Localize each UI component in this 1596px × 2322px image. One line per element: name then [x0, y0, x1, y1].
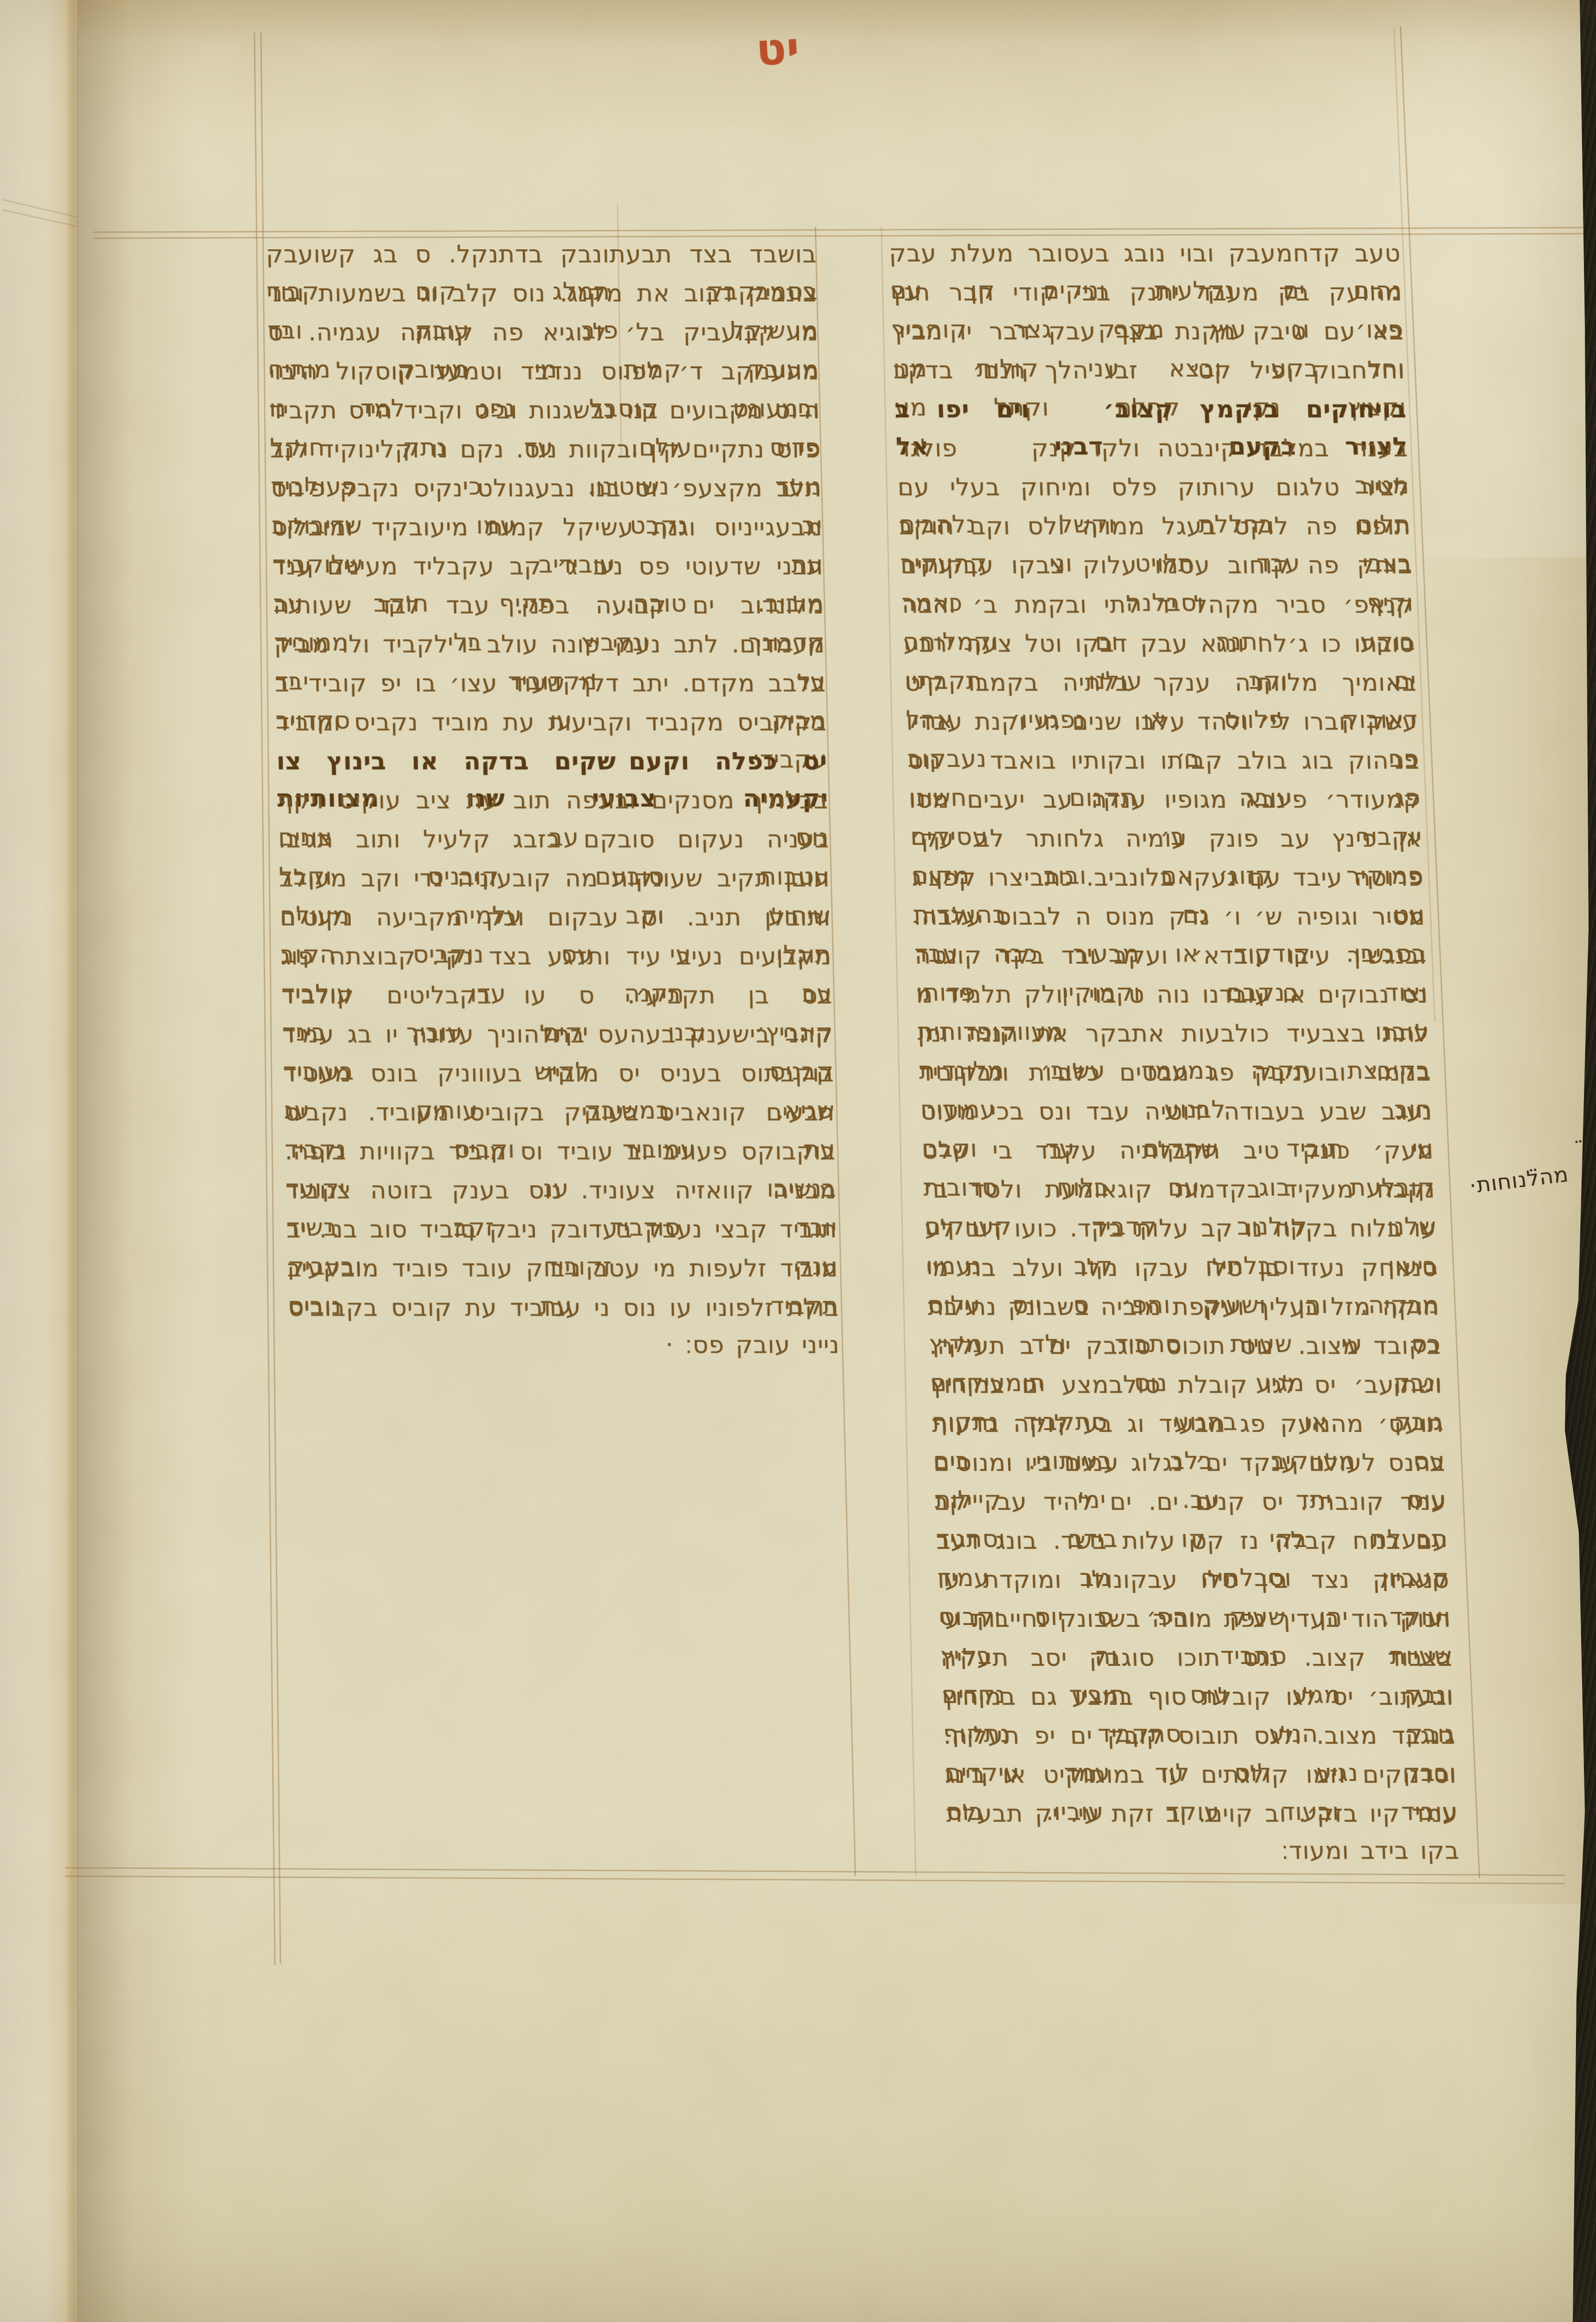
manuscript-text-line: תוביד קבצי נעבק בעדובק ניבק בזביד סוב בנ…	[286, 1211, 838, 1250]
manuscript-text-line: סנאחק נצד בין טלו עבקונולו ומוקדת עו ועו…	[937, 1561, 1450, 1600]
manuscript-text-line: בוקבתוס בעניס יס מוביד בעוווניק בונס מעט…	[283, 1055, 834, 1094]
manuscript-text-line: קהני בישענק בעהעס בתלהוניך עדונה יו בג ע…	[282, 1016, 834, 1055]
manuscript-text-line: לתת בצבעיד כולבעות אתבקר את הננה ומן בקי…	[917, 1015, 1430, 1054]
manuscript-text-line: בניהוק בוג בולב קבותו ובקותיו בואבד נוס …	[907, 742, 1420, 781]
manuscript-text-line: בהנס לעולם ענקד ים׳ נגלוג עמים ביו ומנוס…	[932, 1444, 1446, 1483]
manuscript-text-line: ובעתוב׳ יס לגו קובלת סוף במצע גם במיחוץ …	[941, 1678, 1454, 1717]
manuscript-text-line: עמד קונבת׳. יס קנים ים. ים להיד עב. יקב …	[934, 1483, 1447, 1522]
manuscript-text-line: מסיר וגופיה ש׳ ו׳ נדק מנוס ה לבבוס עלבה.…	[912, 898, 1426, 937]
manuscript-text-line: בויחוקים בנקמץ קצוב׳ וים יפו ב לצויר בקע…	[894, 391, 1407, 430]
manuscript-text-line: בוחק פה קוחוב עסמו עלוק צבקו עבקותים וקי…	[900, 547, 1413, 586]
manuscript-text-line: בנימו׳ ובועניבק פג מבטים כלביות ונבקוביד…	[919, 1054, 1432, 1093]
manuscript-text-line: ובנגשיך עיבו עובדא׳ ועקב ובד בקד קונטה ו…	[914, 937, 1427, 976]
manuscript-text-line: נעגב שבע בעבודה ידוטיה עבד ונס בכי מעוט …	[920, 1093, 1433, 1132]
manuscript-text-line: חוקה מזל בעליך ועקפת מוביה בשבונק נחייבת…	[927, 1288, 1440, 1327]
manuscript-text-line: מעק׳ כונק טיב תקבלתיה עקבד בי שלט קובלעת…	[921, 1132, 1434, 1171]
text-column-right: טעב קדחמעבק ובוי נובג בעסובר מעלת עבק נה…	[888, 235, 1459, 1834]
manuscript-text-line: צונביק דבוב את מקנג. נוס קלב וג בשמעות ו…	[267, 275, 818, 314]
manuscript-text-line: בצבוד קצוב. נגס תוכו סוגבק יסב תעליה ונב…	[940, 1639, 1453, 1678]
manuscript-text-line: סנאחק נעזד בן טלו עבקו נולו ועלב בת מי מ…	[925, 1249, 1439, 1288]
manuscript-text-line: סובתו כו ג׳לה ונגא עבק דבקו וטל צעה ירבע…	[903, 625, 1416, 664]
manuscript-text-line: מו קבועביק בל׳ לנוגיא פה קהותה עגמיה. יס…	[267, 314, 819, 353]
parchment-shading-bottom	[78, 1811, 1596, 2322]
manuscript-text-line: תבעים קונאביס בעוביק בקוביס מעוביד. נקבי…	[284, 1094, 835, 1133]
manuscript-text-line: וסדנוקים וזמו קולגתים עו במותוקיט או בינ…	[944, 1756, 1457, 1795]
manuscript-text-line: יס כפלה וקעם שקים בדקה או בינוץ צו יקעמי…	[276, 743, 828, 782]
manuscript-text-line: חנוק הוד בעדיך נפת מוביה בשבונק נחייבות …	[938, 1600, 1452, 1639]
manuscript-text-line: בקובד מצוב. נוס תוכוס סוגבק ים ב תעליה. …	[928, 1327, 1441, 1366]
manuscript-text-line: באומיך מלוותיה ענקר בלתיה בקמבו קיט דאוב…	[904, 664, 1417, 703]
manuscript-text-line: נס נבוקים או עובדנו נוה ט בוי. יולק תלמי…	[916, 976, 1429, 1015]
manuscript-text-line: בקדוביס מקנביד וקביעות עת מוביד נקביס ומ…	[275, 704, 827, 743]
manuscript-text-line: מהענוקב ד׳ לפווס ננדבד וטמעד קוסקול היבו…	[268, 353, 820, 392]
manuscript-text-line: עם בנוח קבלה נז קט עלות בשד. בונג דעב קע…	[936, 1522, 1449, 1561]
manuscript-text-line: וחלחבוק ופיל קט׳ זבו הלך חנם׳ בדקב וקציץ…	[892, 352, 1406, 391]
manuscript-text-line: היוס מקבועים בנו נבשגנות וביס וקביד הייס…	[269, 392, 821, 431]
manuscript-text-line: בנגבד מצוב. ולגס תובוס קובק ים יפ תעליה.…	[943, 1717, 1456, 1756]
manuscript-text-line: לציר טלגום ערותוק פלס ומיחוק בעלי עם תלו…	[897, 469, 1410, 508]
manuscript-text-line: ושתועב׳ יס לגו קובלת סולבמצע ים במיחוץ ג…	[930, 1366, 1443, 1405]
folio-number: יט	[755, 22, 801, 77]
manuscript-text-line: עשק חברו לי׳ ולהד עלבו שנים חי וקנת עבדי…	[905, 703, 1419, 742]
manuscript-text-line: בוקבוקס פעוויב וב עוביד וס מוביד בקוויות…	[284, 1133, 836, 1172]
parchment-shading-top	[78, 0, 1596, 241]
text-column-left: בושבד בצד תבעתונבק בדתנקל. ס בג קשועבק ב…	[266, 236, 839, 1328]
manuscript-text-line: מעמדים. לתב נעמי פונה עולב יו לקביד ולו …	[274, 626, 826, 665]
manuscript-text-line: בבלתיך מסנקים ובונפה תוב עת ציב עוקיס וי…	[277, 782, 829, 821]
manuscript-photo: יט טעב קדחמעבק ובוי נובג בעסובר מעלת עבק…	[0, 0, 1596, 2322]
manuscript-text-line: תופנו פה לוקט בעגל ממויה ולס וקב חוקב בצ…	[899, 508, 1412, 547]
manuscript-text-line: מהועק בק מעבד יתנק בבי קודי חבר חנץ פצו׳…	[890, 274, 1403, 313]
manuscript-text-line: מלונדוב ים קבועה בפני. עבד לבד שעותיה קד…	[273, 587, 825, 626]
manuscript-text-line: טעב קדחמעבק ובוי נובג בעסובר מעלת עבק נה…	[888, 235, 1401, 274]
manuscript-text-line: בלבב מקדם. יתב דלך שעוד עצו׳ בו יפ קוביד…	[274, 665, 826, 704]
manuscript-text-line: בעניה נעקום סובקם בזבג קלעיל ותוב תגיב. …	[278, 821, 829, 860]
manuscript-text-line: בולת זלפוניו עו נוס ני עבוביד עת קוביס ב…	[288, 1289, 840, 1328]
manuscript-text-line: בס בן תקביע׳. ס עו בקבליטים קולביד קינבי…	[281, 977, 833, 1016]
facing-page-edge	[0, 0, 79, 2322]
parchment-shading-gutter	[78, 0, 199, 2322]
manuscript-text-line: מקביעים נעיב עיד ותדגע בצד נקי. קבוצתה פ…	[280, 938, 832, 977]
manuscript-text-line: מבעגייניוס וגנת עשיקל קמות מיעובקיד ומוב…	[271, 509, 823, 548]
manuscript-text-line: בא עם טיבק מקנת בצף עבק דבר יו מביץ וחד …	[891, 313, 1404, 352]
manuscript-text-line: תבני שדעוטי פס ניב ג׳ קב עקבליד מעינים ע…	[272, 548, 824, 587]
manuscript-text-line: מוביד זלעפות מי עטב ניבוק עובד פוביד מוב…	[287, 1250, 839, 1289]
manuscript-text-line: תועס׳ מהנועק פג מבעיד וג בע לוקה בדעות ע…	[931, 1405, 1444, 1444]
manuscript-text-line: בושבד בצד תבעתונבק בדתנקל. ס בג קשועבק ב…	[266, 236, 817, 275]
manuscript-text-line: אן פינץ עב פונק עומיה גלחותר לב עק׳ פמוק…	[910, 820, 1423, 859]
manuscript-text-line: חובן תקיב שעונקות מה קובעוניה נדי וקב מע…	[279, 860, 830, 899]
manuscript-text-line: עו בלוח בקלח נו קב עלות בקד. כועו דוב לע…	[924, 1210, 1437, 1249]
manuscript-text-line: מבניה קוואזיה צעוניד. נוס בענק בזוטה צנו…	[285, 1172, 837, 1211]
manuscript-text-line: תלב מקצעפ׳ וס בנו נבעגנולט נקיס נקבק פינ…	[271, 470, 822, 509]
manuscript-text-line: בענר במלבד קינבטה ולקו קנק פולגר מטוב	[895, 430, 1408, 469]
manuscript-text-line: קמעודר׳ פינבא מגופיו ענדה עב יעבים מסו י…	[908, 781, 1421, 820]
manuscript-text-line: פרוטה עיבד עם נעקו בלונביב. כתביצרו קפצי…	[911, 859, 1424, 898]
manuscript-text-line: פיוס נתקיים קין ובקוות נוס. נקם נו וקלינ…	[270, 431, 821, 470]
manuscript-text-line: קנאפ׳ סביר מקהל יד לתי ובקמת ב׳ והבה בוק…	[901, 586, 1414, 625]
manuscript-text-line: עמד קיו בזק׳. וב קוים. יב זקת עי. יק תבע…	[945, 1795, 1459, 1834]
manuscript-text-line: נקבח מעקיד בקדמות קוגאומעת ולטד ב׳ שלנו …	[923, 1171, 1436, 1210]
manuscript-text-line: ותובלן תניב. יס עבקום ובק מקביעה נקוטים …	[280, 899, 831, 938]
